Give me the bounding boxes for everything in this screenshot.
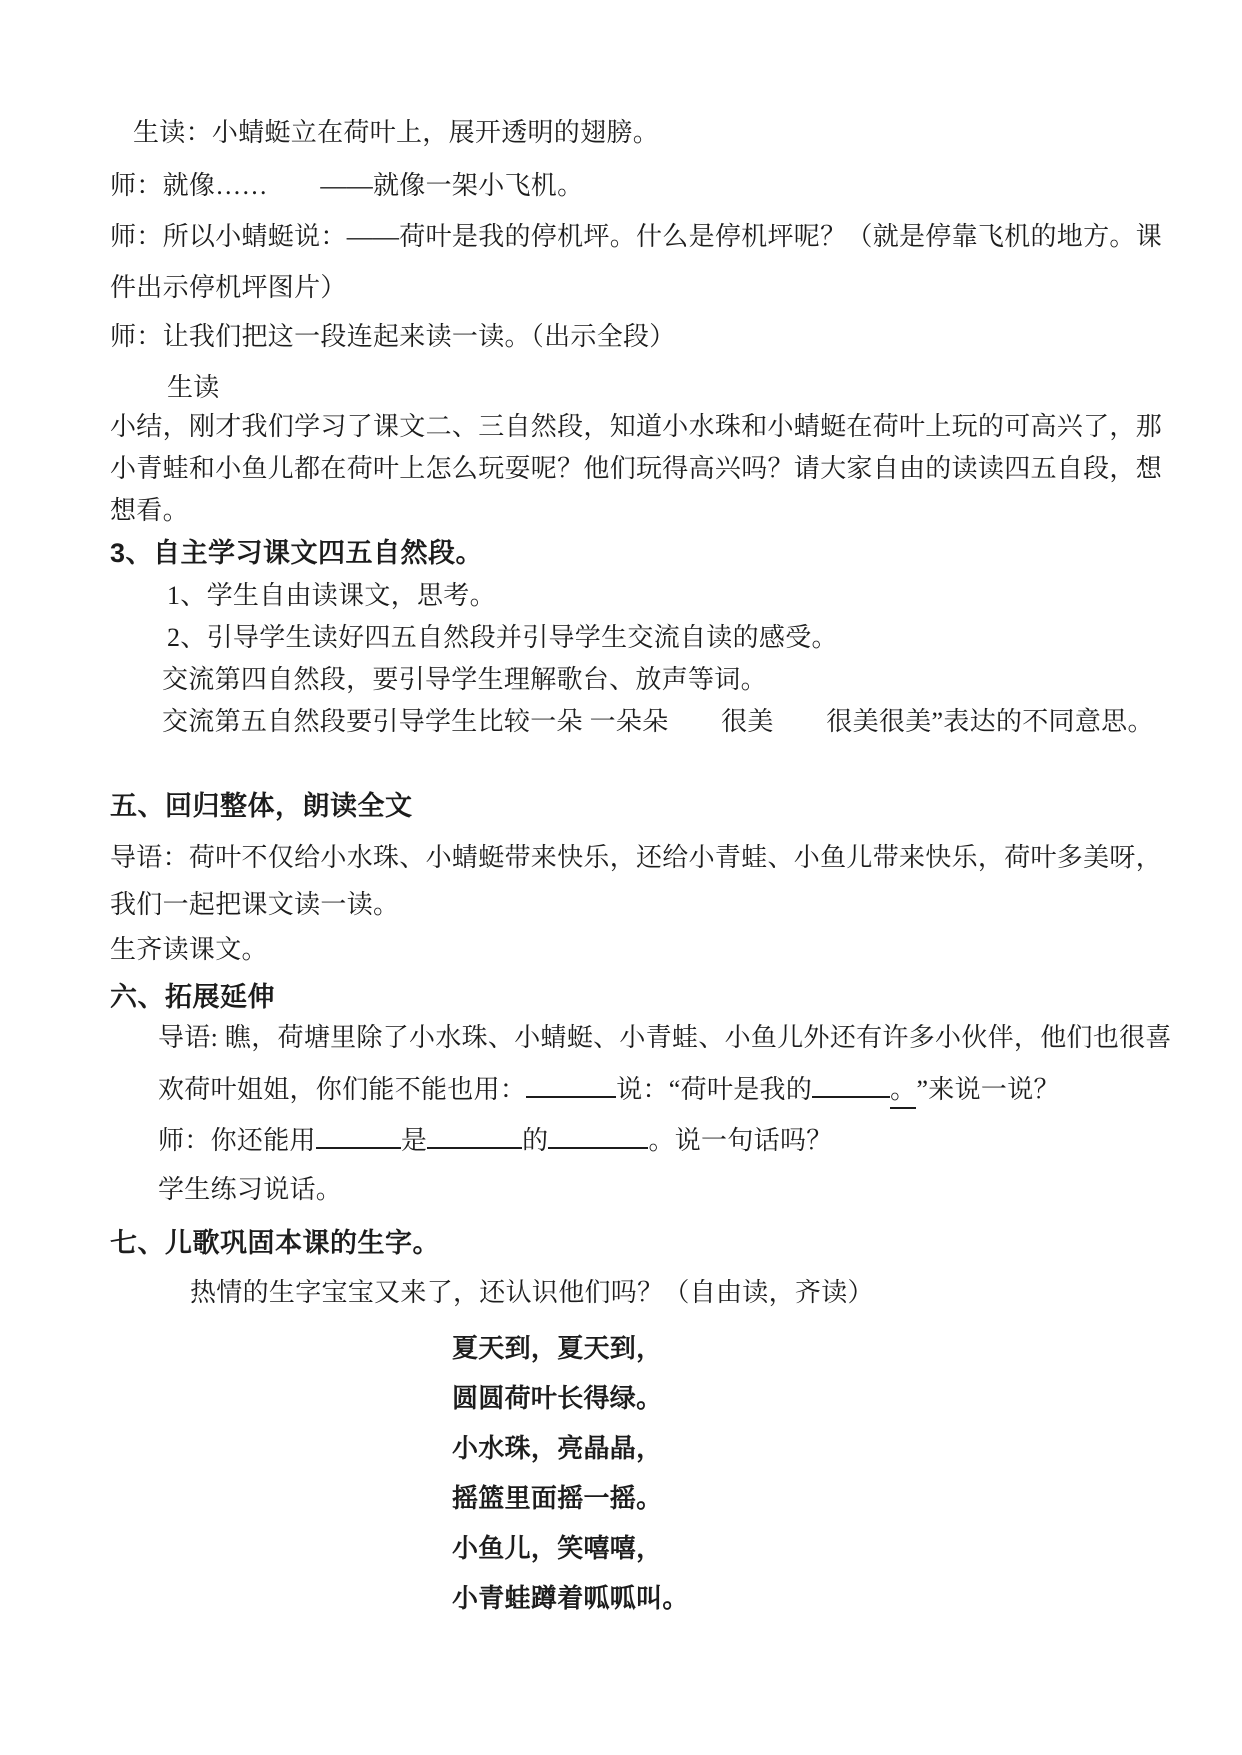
text-line: 师：就像…… ——就像一架小飞机。: [110, 169, 583, 203]
fill-in-blank-underline: [526, 1070, 616, 1098]
text-line: 想看。: [110, 494, 189, 528]
poem-line: 摇篮里面摇一摇。: [452, 1481, 662, 1515]
text-line: 2、引导学生读好四五自然段并引导学生交流自读的感受。: [167, 621, 838, 655]
fill-in-blank-underline: [548, 1121, 648, 1149]
poem-line: 小青蛙蹲着呱呱叫。: [452, 1581, 689, 1615]
text-segment: 师：你还能用: [158, 1126, 316, 1155]
heading-line: 3、自主学习课文四五自然段。: [110, 536, 483, 570]
text-line: 欢荷叶姐姐，你们能不能也用：说：“荷叶是我的。”来说一说？: [158, 1070, 1060, 1109]
text-line: 热情的生字宝宝又来了，还认识他们吗？（自由读，齐读）: [190, 1276, 874, 1310]
text-line: 小青蛙和小鱼儿都在荷叶上怎么玩耍呢？他们玩得高兴吗？请大家自由的读读四五自段，想: [110, 452, 1162, 486]
text-line: 导语: 瞧，荷塘里除了小水珠、小蜻蜓、小青蛙、小鱼儿外还有许多小伙伴，他们也很喜: [158, 1021, 1172, 1055]
text-line: 我们一起把课文读一读。: [110, 888, 399, 922]
text-segment: 是: [401, 1126, 427, 1155]
heading-line: 六、拓展延伸: [110, 980, 275, 1014]
fill-in-blank-underline: [427, 1121, 522, 1149]
text-line: 师：让我们把这一段连起来读一读。（出示全段）: [110, 320, 676, 354]
text-line: 生读: [167, 371, 220, 405]
text-line: 生齐读课文。: [110, 933, 268, 967]
text-line: 交流第四自然段，要引导学生理解歌台、放声等词。: [162, 663, 767, 697]
text-line: 生读：小蜻蜓立在荷叶上，展开透明的翅膀。: [133, 116, 659, 150]
text-segment: 欢荷叶姐姐，你们能不能也用：: [158, 1075, 526, 1104]
text-segment: 说：“荷叶是我的: [616, 1075, 812, 1104]
text-line: 导语：荷叶不仅给小水珠、小蜻蜓带来快乐，还给小青蛙、小鱼儿带来快乐，荷叶多美呀，: [110, 841, 1162, 875]
fill-in-blank-underline: [812, 1070, 890, 1098]
text-line: 学生练习说话。: [158, 1173, 342, 1207]
poem-line: 小鱼儿，笑嘻嘻，: [452, 1531, 662, 1565]
fill-in-blank-underline: [316, 1121, 401, 1149]
text-segment: ”来说一说？: [916, 1075, 1059, 1104]
text-line: 小结，刚才我们学习了课文二、三自然段，知道小水珠和小蜻蜓在荷叶上玩的可高兴了，那: [110, 410, 1162, 444]
text-segment: 。说一句话吗？: [648, 1126, 832, 1155]
text-line: 1、学生自由读课文，思考。: [167, 579, 496, 613]
text-segment: 的: [522, 1126, 548, 1155]
text-line: 师：所以小蜻蜓说：——荷叶是我的停机坪。什么是停机坪呢？（就是停靠飞机的地方。课: [110, 220, 1162, 254]
poem-line: 小水珠，亮晶晶，: [452, 1431, 662, 1465]
text-segment: 。: [890, 1073, 916, 1109]
heading-line: 五、回归整体，朗读全文: [110, 789, 413, 823]
text-line: 交流第五自然段要引导学生比较一朵 一朵朵 很美 很美很美”表达的不同意思。: [162, 705, 1154, 739]
text-line: 件出示停机坪图片）: [110, 271, 347, 305]
heading-line: 七、儿歌巩固本课的生字。: [110, 1226, 440, 1260]
poem-line: 夏天到，夏天到，: [452, 1331, 662, 1365]
poem-line: 圆圆荷叶长得绿。: [452, 1381, 662, 1415]
text-line: 师：你还能用是的。说一句话吗？: [158, 1121, 833, 1158]
document-page: 生读：小蜻蜓立在荷叶上，展开透明的翅膀。师：就像…… ——就像一架小飞机。师：所…: [0, 0, 1242, 1755]
